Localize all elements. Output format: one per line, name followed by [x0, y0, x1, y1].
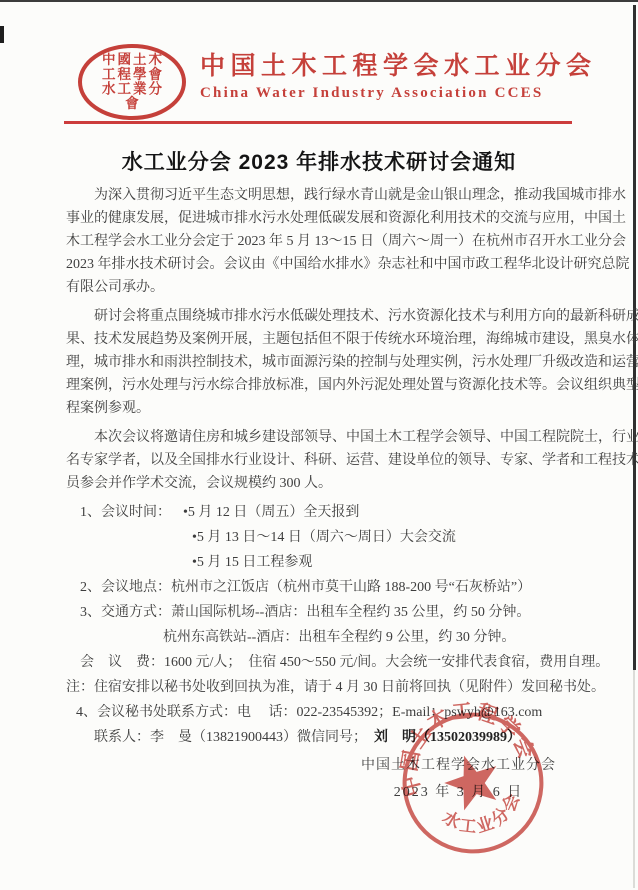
paragraph-line: 本次会议将邀请住房和城乡建设部领导、中国土木工程学会领导、中国工程院院士，行业知 [66, 426, 572, 449]
org-name-chinese: 中国土木工程学会水工业分会 [200, 46, 572, 82]
schedule-bullet: •5 月 15 日工程参观 [66, 550, 572, 575]
org-name-english: China Water Industry Association CCES [200, 85, 572, 102]
paragraph-line: 员参会并作学术交流，会议规模约 300 人。 [66, 472, 572, 495]
item-transport-line2: 杭州东高铁站--酒店：出租车全程约 9 公里，约 30 分钟。 [66, 625, 572, 650]
item-meeting-time: 1、会议时间： •5 月 12 日（周五）全天报到 [66, 500, 572, 525]
paragraph-line: 木工程学会水工业分会定于 2023 年 5 月 13～15 日（周六～周一）在杭… [66, 230, 572, 253]
schedule-bullet: •5 月 13 日～14 日（周六～周日）大会交流 [66, 525, 572, 550]
paragraph-line: 研讨会将重点围绕城市排水污水低碳处理技术、污水资源化技术与利用方向的最新科研成 [66, 305, 572, 328]
contact-person-li: 联系人：李 曼（13821900443）微信同号； [94, 730, 374, 745]
oval-seal-script-text: 中國土木工程學會水工業分會 [98, 53, 168, 114]
letterhead-rule [64, 121, 572, 124]
notice-title: 水工业分会 2023 年排水技术研讨会通知 [0, 146, 638, 176]
paragraph-line: 理，城市排水和雨洪控制技术，城市面源污染的控制与处理实例，污水处理厂升级改造和运… [66, 351, 572, 374]
association-oval-seal-logo: 中國土木工程學會水工業分會 [74, 42, 190, 122]
paragraph-line: 为深入贯彻习近平生态文明思想，践行绿水青山就是金山银山理念，推动我国城市排水 [66, 184, 572, 207]
item-meeting-venue: 2、会议地点：杭州市之江饭店（杭州市莫干山路 188-200 号“石灰桥站”） [66, 575, 572, 600]
stamp-star-icon [438, 747, 506, 813]
scan-edge-right-faint [633, 670, 635, 888]
document-page: 中國土木工程學會水工業分會 中国土木工程学会水工业分会 China Water … [0, 0, 638, 890]
item-transport-line1: 3、交通方式：萧山国际机场--酒店：出租车全程约 35 公里，约 50 分钟。 [66, 600, 572, 625]
org-name-block: 中国土木工程学会水工业分会 China Water Industry Assoc… [200, 46, 572, 102]
paragraph-line: 理案例，污水处理与污水综合排放标准，国内外污泥处理处置与资源化技术等。会议组织典… [66, 374, 572, 397]
fee-line: 会 议 费：1600 元/人； 住宿 450～550 元/间。大会统一安排代表食… [66, 650, 572, 675]
paragraph-line: 果、技术发展趋势及案例开展，主题包括但不限于传统水环境治理，海绵城市建设，黑臭水… [66, 328, 572, 351]
schedule-bullet: •5 月 12 日（周五）全天报到 [183, 500, 359, 525]
letterhead: 中國土木工程學會水工業分會 中国土木工程学会水工业分会 China Water … [66, 40, 572, 120]
paragraph-line: 名专家学者，以及全国排水行业设计、科研、运营、建设单位的领导、专家、学者和工程技… [66, 449, 572, 472]
scan-edge-top [0, 0, 638, 2]
paragraph-line: 事业的健康发展，促进城市排水污水处理低碳发展和资源化利用技术的交流与应用，中国土 [66, 207, 572, 230]
paragraph-line: 有限公司承办。 [66, 276, 572, 299]
paragraph-line: 程案例参观。 [66, 397, 572, 420]
scan-edge-left [0, 26, 4, 43]
notice-body: 为深入贯彻习近平生态文明思想，践行绿水青山就是金山银山理念，推动我国城市排水 事… [66, 184, 572, 750]
paragraph-line: 2023 年排水技术研讨会。会议由《中国给水排水》杂志社和中国市政工程华北设计研… [66, 253, 572, 276]
item-label: 1、会议时间： [80, 500, 171, 525]
